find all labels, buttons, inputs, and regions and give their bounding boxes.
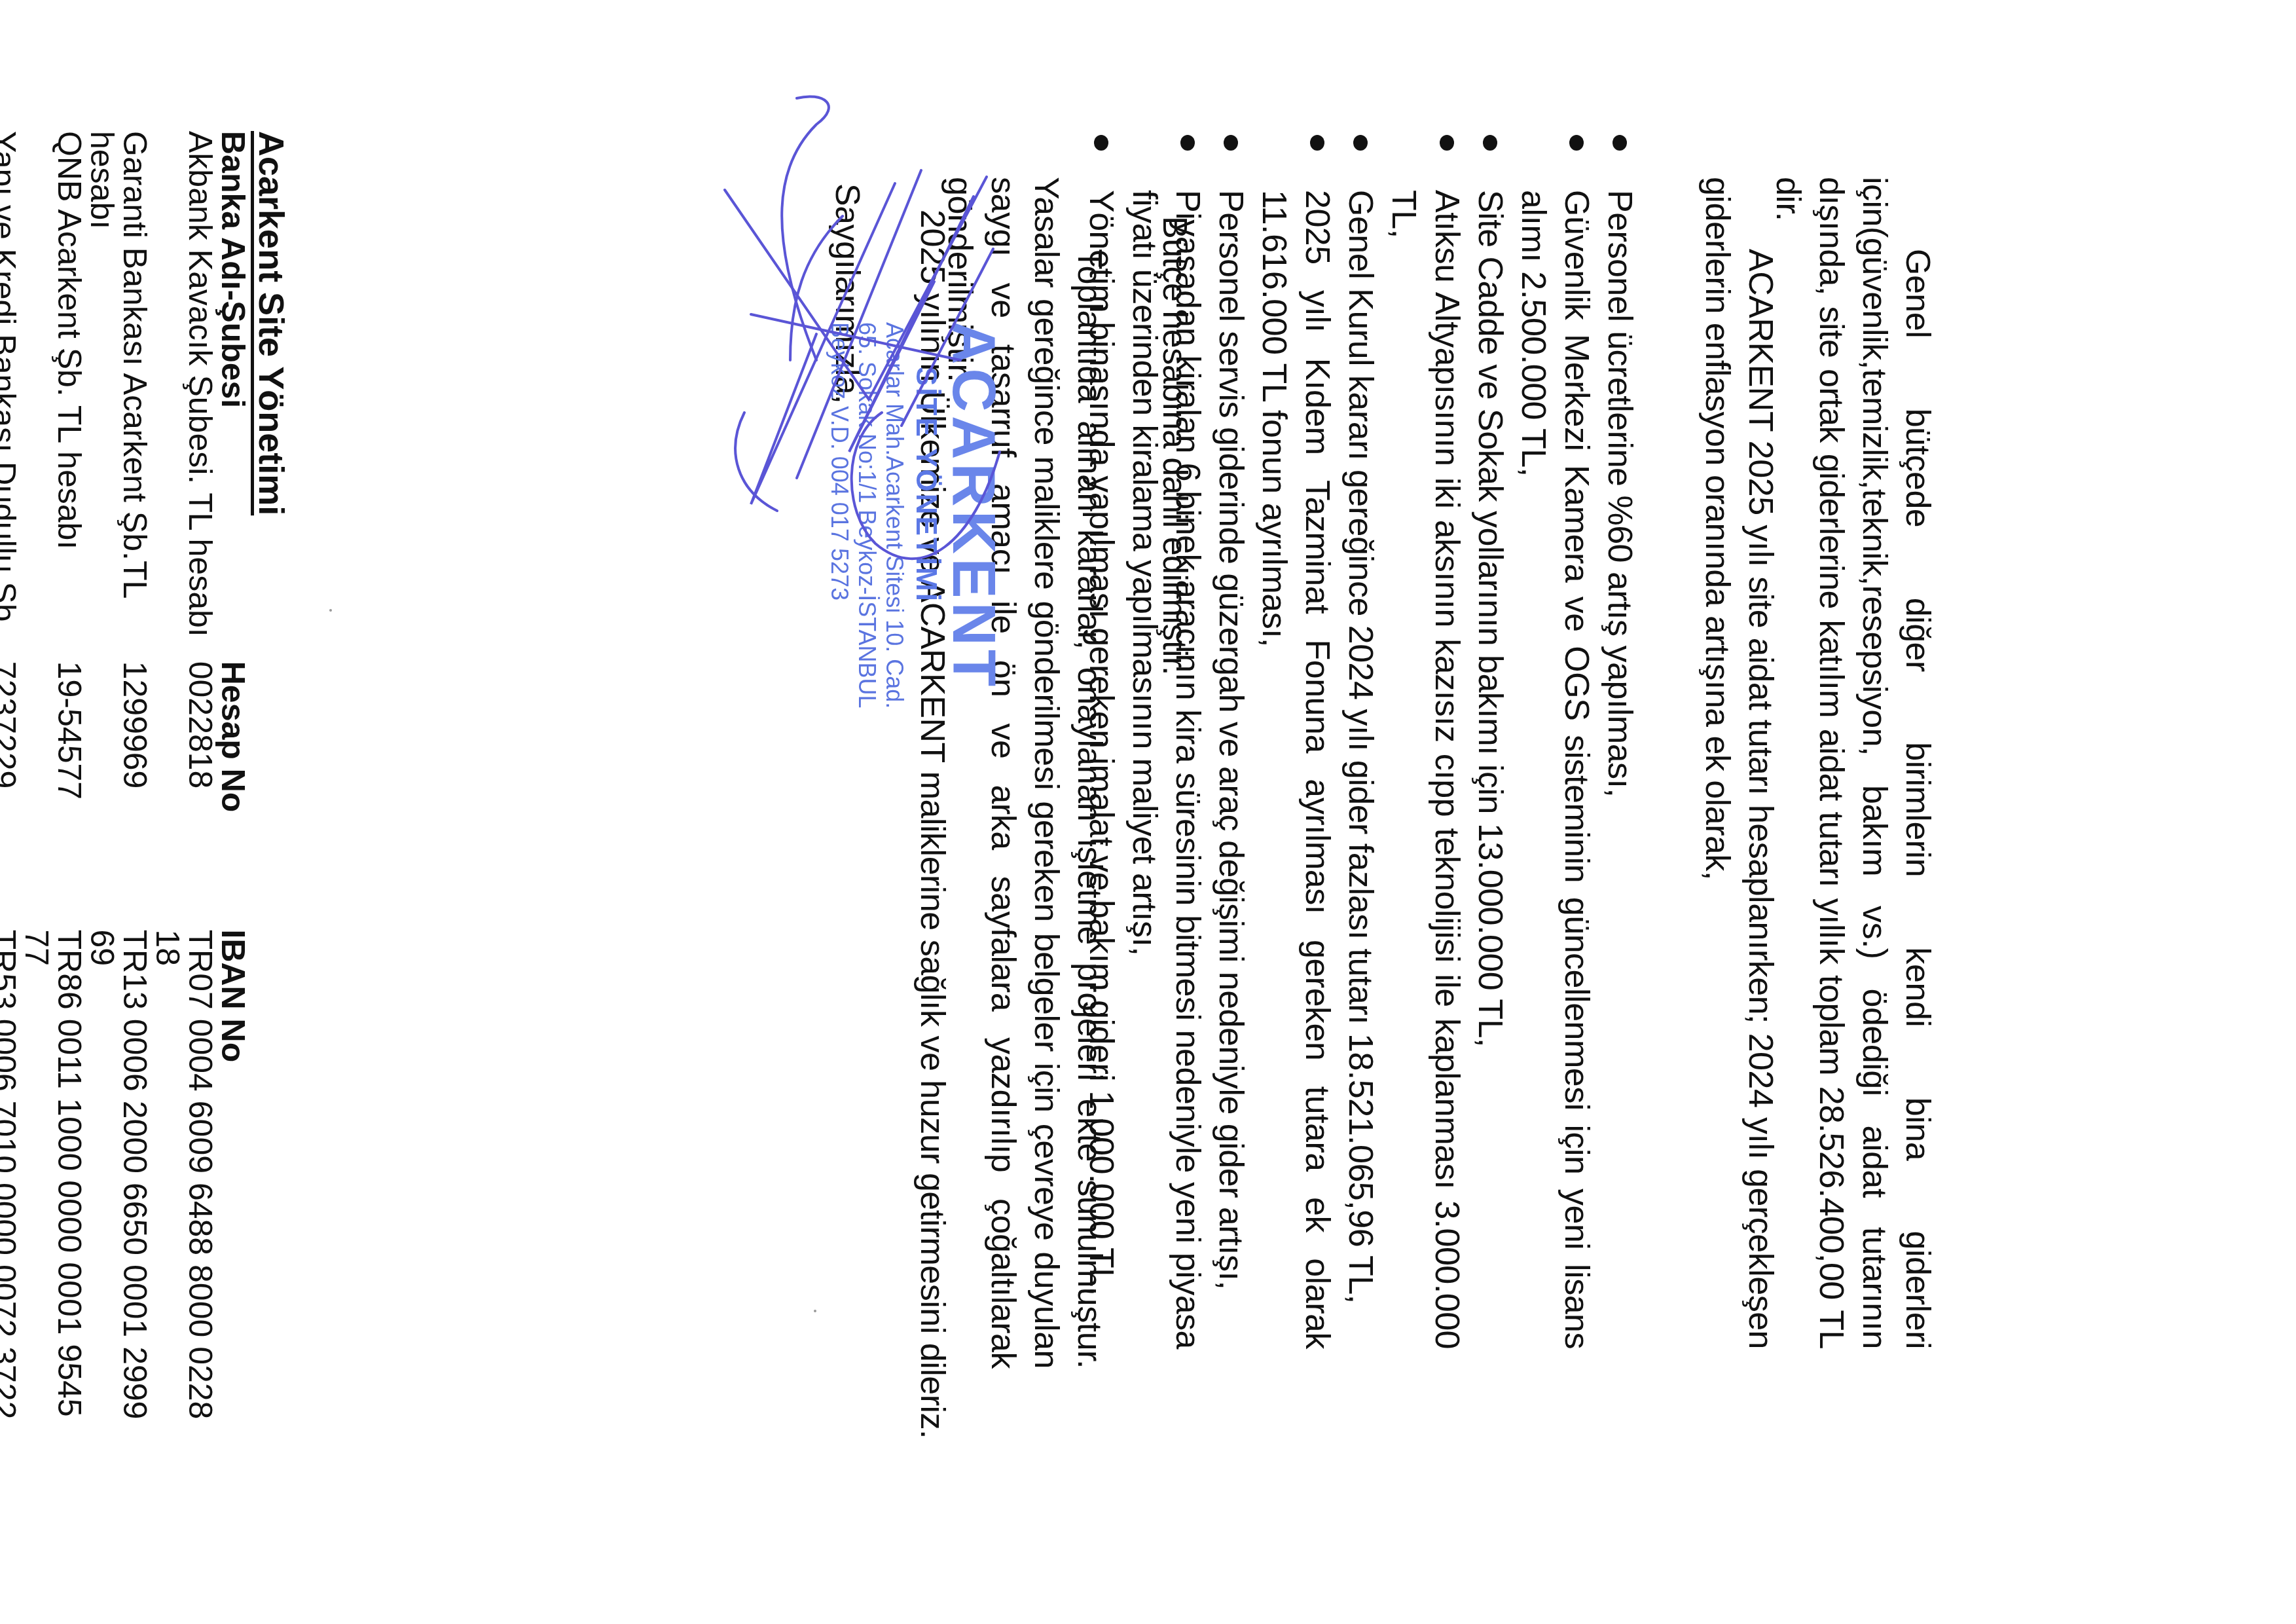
bullet-icon [1613, 135, 1627, 151]
bank-accounts-section: Acarkent Site Yönetimi Banka Adı-Şubesi … [0, 131, 293, 1441]
bank-table-row: Akbank Kavacık Şubesi. TL hesabı 0022818… [151, 131, 217, 1441]
bullet-icon [1353, 135, 1368, 151]
bullet-icon [1310, 135, 1324, 151]
bullet-item: Güvenlik Merkezi Kamera ve OGS sistemini… [1512, 131, 1598, 1349]
bullet-icon [1180, 135, 1195, 151]
budget-note: Bütçe hesabına dahil edilmiştir. [1153, 216, 1196, 675]
scan-speck [814, 1310, 816, 1312]
bullet-item: 2025 yılı Kıdem Tazminat Fonuna ayrılmas… [1252, 131, 1339, 1349]
calculation-paragraph: ACARKENT 2025 yılı site aidat tutarı hes… [1696, 177, 1782, 1349]
bullet-icon [1094, 135, 1108, 151]
bank-table-row: Yapı ve Kredi Bankası Dudullu Şb. 723722… [0, 131, 20, 1441]
header-bank-branch: Banka Adı-Şubesi [217, 131, 249, 661]
bullet-icon [1224, 135, 1238, 151]
bullet-icon [1440, 135, 1454, 151]
document-page: Genel bütçede diğer birimlerin kendi bin… [0, 0, 2296, 1624]
bank-table-row: Garanti Bankası Acarkent Şb.TL hesabı 12… [86, 131, 151, 1441]
bullet-item: Genel Kurul kararı gereğince 2024 yılı g… [1339, 131, 1382, 1349]
company-stamp: ACARKENT SİTE YÖNETİMİ Acarlar Mah.Acark… [699, 85, 1013, 674]
handwritten-signature-icon [699, 85, 1013, 674]
bank-section-title: Acarkent Site Yönetimi [249, 131, 293, 1441]
scan-speck [329, 609, 332, 612]
bullet-item: Personel servis giderinde güzergah ve ar… [1209, 131, 1252, 1349]
bank-table-row: QNB Acarkent Şb. TL hesabı 19-54577 TR86… [20, 131, 86, 1441]
bullet-icon [1569, 135, 1584, 151]
bullet-item: Atıksu Altyapısının iki aksının kazısız … [1382, 131, 1468, 1349]
header-iban: IBAN No [217, 930, 249, 1441]
intro-paragraph: Genel bütçede diğer birimlerin kendi bin… [1766, 177, 1939, 1349]
bullet-icon [1483, 135, 1497, 151]
bullet-item: Personel ücretlerine %60 artış yapılması… [1598, 131, 1641, 1349]
header-account-no: Hesap No [217, 661, 249, 930]
bank-table-header: Banka Adı-Şubesi Hesap No IBAN No [217, 131, 249, 1441]
bullet-item: Site Cadde ve Sokak yollarının bakımı iç… [1468, 131, 1512, 1349]
